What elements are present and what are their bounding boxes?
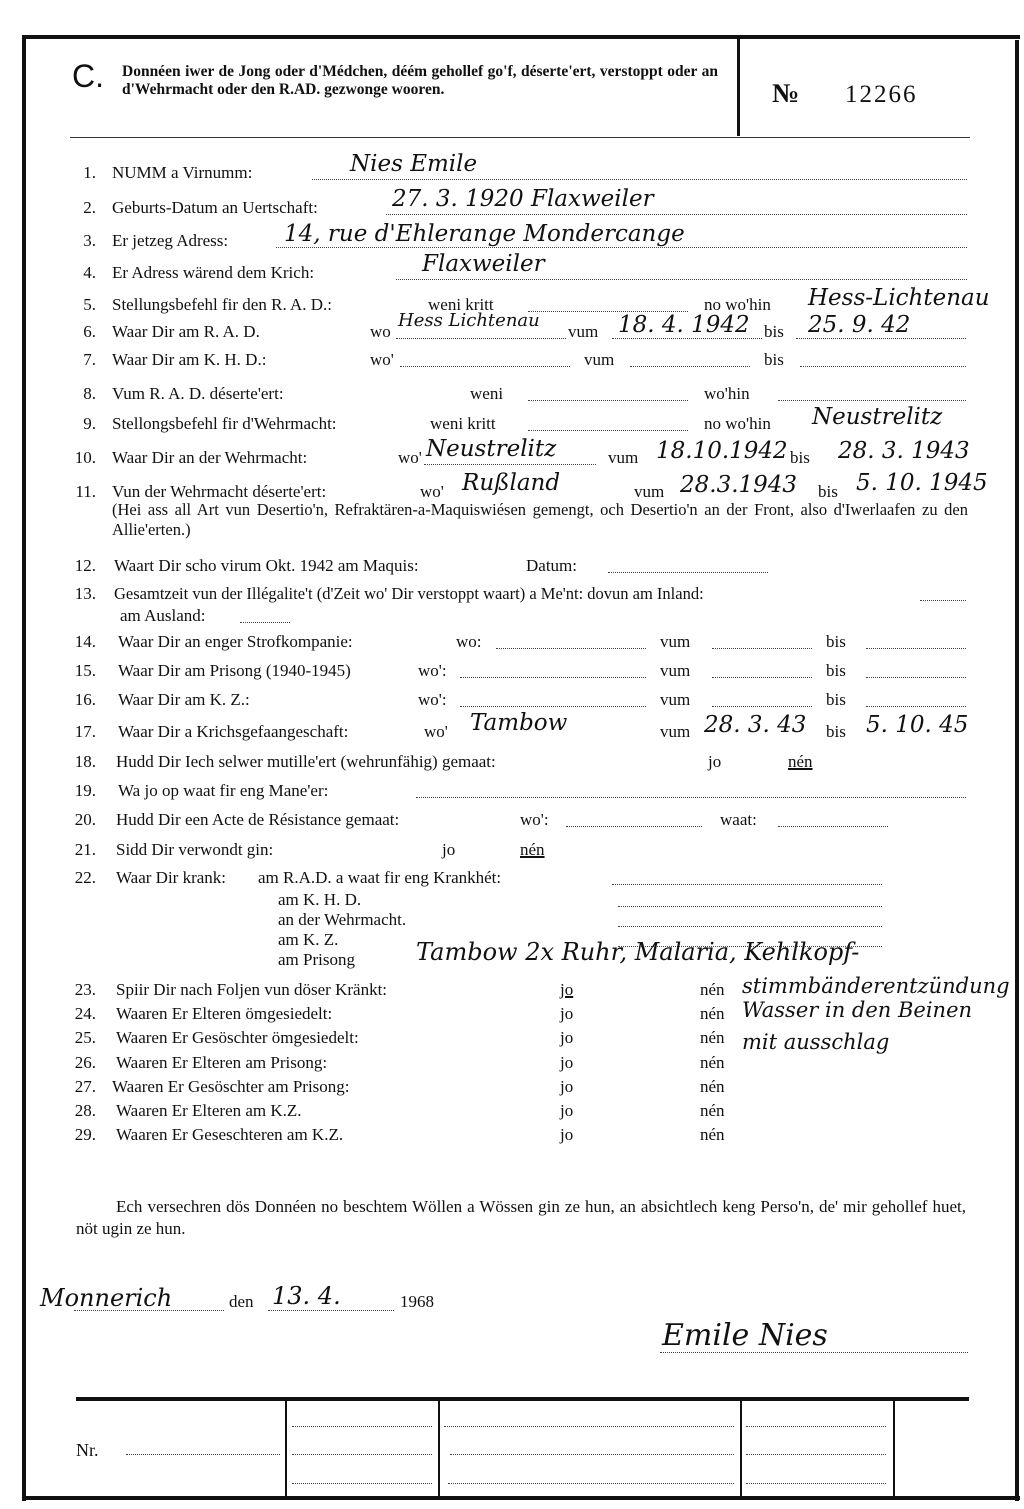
field-label: vum bbox=[584, 350, 614, 370]
item-label: Waaren Er Geseschteren am K.Z. bbox=[116, 1125, 343, 1145]
number-sign: № bbox=[772, 78, 799, 109]
header-divider bbox=[737, 38, 740, 136]
item-number: 3. bbox=[56, 231, 96, 251]
item-21: 21. Sidd Dir verwondt gin: jo nén bbox=[0, 840, 1024, 864]
field-label: no wo'hin bbox=[704, 414, 771, 434]
field-label: wo' bbox=[370, 350, 394, 370]
item-2: 2. Geburts-Datum an Uertschaft: 27. 3. 1… bbox=[0, 198, 1024, 222]
wehrmacht-order-date-field[interactable] bbox=[528, 414, 688, 431]
prison-to-field[interactable] bbox=[866, 661, 966, 678]
table-divider bbox=[438, 1400, 440, 1498]
item-25: 25. Waaren Er Gesöschter ömgesiedelt: jo… bbox=[0, 1028, 1024, 1052]
item-number: 26. bbox=[56, 1053, 96, 1073]
place-field[interactable] bbox=[74, 1294, 224, 1311]
field-label: an der Wehrmacht. bbox=[278, 910, 406, 930]
item-label: Waar Dir am Prisong (1940-1945) bbox=[118, 661, 351, 681]
option-no[interactable]: nén bbox=[700, 1004, 725, 1024]
option-yes-selected[interactable]: jo bbox=[560, 980, 573, 1000]
item-1: 1. NUMM a Virnumm: Nies Emile bbox=[0, 163, 1024, 187]
form-page: C. Donnéen iwer de Jong oder d'Médchen, … bbox=[0, 0, 1024, 1509]
form-number: 12266 bbox=[845, 81, 918, 109]
item-number: 13. bbox=[56, 584, 96, 604]
pow-to-value: 5. 10. 45 bbox=[866, 712, 968, 738]
item-13: 13. Gesamtzeit vun der Illégalite't (d'Z… bbox=[0, 584, 1024, 608]
item-label: Gesamtzeit vun der Illégalite't (d'Zeit … bbox=[114, 584, 704, 604]
item-label: Waar Dir an der Wehrmacht: bbox=[112, 448, 307, 468]
table-divider bbox=[285, 1400, 287, 1498]
sick-wehrmacht-field[interactable] bbox=[618, 910, 882, 927]
item-12: 12. Waart Dir scho virum Okt. 1942 am Ma… bbox=[0, 556, 1024, 580]
item-11-note: (Hei ass all Art vun Desertio'n, Refrakt… bbox=[112, 500, 968, 540]
item-label: NUMM a Virnumm: bbox=[112, 163, 252, 183]
field-label: weni bbox=[470, 384, 503, 404]
field-label: wo: bbox=[456, 632, 482, 652]
item-14: 14. Waar Dir an enger Strofkompanie: wo:… bbox=[0, 632, 1024, 656]
name-value: Nies Emile bbox=[350, 151, 477, 177]
field-label: vum bbox=[660, 690, 690, 710]
option-no[interactable]: nén bbox=[700, 1028, 725, 1048]
field-label: bis bbox=[826, 690, 846, 710]
resistance-where-field[interactable] bbox=[566, 810, 702, 827]
rad-from-value: 18. 4. 1942 bbox=[618, 312, 750, 338]
item-number: 29. bbox=[56, 1125, 96, 1145]
field-label: bis bbox=[826, 661, 846, 681]
frame-border-bottom bbox=[24, 1496, 1020, 1500]
field-label: wo': bbox=[418, 661, 447, 681]
prison-from-field[interactable] bbox=[712, 661, 812, 678]
signature-field[interactable] bbox=[660, 1336, 968, 1353]
sick-khd-field[interactable] bbox=[618, 890, 882, 907]
after-effects-value: stimmbänderentzündung bbox=[742, 974, 1010, 998]
item-label: Waart Dir scho virum Okt. 1942 am Maquis… bbox=[114, 556, 419, 576]
option-yes[interactable]: jo bbox=[560, 1101, 573, 1121]
office-table-rule bbox=[76, 1397, 969, 1401]
desertion-from-value: 28.3.1943 bbox=[680, 472, 797, 498]
field-label: bis bbox=[818, 482, 838, 502]
inland-duration-field[interactable] bbox=[920, 584, 966, 601]
war-address-value: Flaxweiler bbox=[422, 251, 545, 277]
penal-to-field[interactable] bbox=[866, 632, 966, 649]
option-yes[interactable]: jo bbox=[708, 752, 721, 772]
item-label: Waar Dir krank: bbox=[116, 868, 226, 888]
prison-where-field[interactable] bbox=[460, 661, 646, 678]
item-18: 18. Hudd Dir Iech selwer mutille'ert (we… bbox=[0, 752, 1024, 776]
item-label: Stellongsbefehl fir d'Wehrmacht: bbox=[112, 414, 337, 434]
item-number: 9. bbox=[56, 414, 96, 434]
desertion-to-value: 5. 10. 1945 bbox=[856, 470, 988, 496]
field-label: vum bbox=[634, 482, 664, 502]
item-number: 20. bbox=[56, 810, 96, 830]
item-label: Waaren Er Gesöschter am Prisong: bbox=[112, 1077, 350, 1097]
field-label: wo' bbox=[424, 722, 448, 742]
mutilation-manner-field[interactable] bbox=[416, 781, 966, 798]
resistance-what-field[interactable] bbox=[778, 810, 888, 827]
office-cell-2-3[interactable] bbox=[448, 1467, 734, 1484]
item-19: 19. Wa jo op waat fir eng Mane'er: bbox=[0, 781, 1024, 805]
field-label: vum bbox=[568, 322, 598, 342]
den-label: den bbox=[229, 1292, 254, 1312]
field-label: waat: bbox=[720, 810, 757, 830]
item-label: Er jetzeg Adress: bbox=[112, 231, 228, 251]
kz-where-field[interactable] bbox=[460, 690, 646, 707]
rad-desert-date-field[interactable] bbox=[528, 384, 688, 401]
office-cell-1-2[interactable] bbox=[292, 1438, 432, 1455]
kz-from-field[interactable] bbox=[712, 690, 812, 707]
item-label: Geburts-Datum an Uertschaft: bbox=[112, 198, 318, 218]
nr-label: Nr. bbox=[76, 1440, 99, 1461]
item-label: Waaren Er Gesöschter ömgesiedelt: bbox=[116, 1028, 359, 1048]
field-label: vum bbox=[660, 722, 690, 742]
item-number: 4. bbox=[56, 263, 96, 283]
item-22: 22. Waar Dir krank: am R.A.D. a waat fir… bbox=[0, 868, 1024, 892]
option-no[interactable]: nén bbox=[700, 1125, 725, 1145]
sick-prison-value: Tambow 2x Ruhr, Malaria, Kehlkopf- bbox=[416, 938, 859, 966]
abroad-duration-field[interactable] bbox=[240, 606, 290, 623]
item-label: Vun der Wehrmacht déserte'ert: bbox=[112, 482, 326, 502]
item-6: 6. Waar Dir am R. A. D. wo Hess Lichtena… bbox=[0, 322, 1024, 346]
item-20: 20. Hudd Dir een Acte de Résistance gema… bbox=[0, 810, 1024, 834]
item-number: 24. bbox=[56, 1004, 96, 1024]
nr-field[interactable] bbox=[126, 1438, 280, 1455]
option-yes[interactable]: jo bbox=[560, 1053, 573, 1073]
field-label: bis bbox=[826, 722, 846, 742]
item-22-sublabels: am K. H. D. an der Wehrmacht. am K. Z. a… bbox=[278, 890, 406, 970]
frame-border-top bbox=[24, 35, 1020, 39]
option-yes[interactable]: jo bbox=[560, 1028, 573, 1048]
item-15: 15. Waar Dir am Prisong (1940-1945) wo':… bbox=[0, 661, 1024, 685]
item-label: Waar Dir a Krichsgefaangeschaft: bbox=[118, 722, 348, 742]
field-label: wo bbox=[370, 322, 391, 342]
item-label: Vum R. A. D. déserte'ert: bbox=[112, 384, 284, 404]
office-cell-2-2[interactable] bbox=[450, 1438, 734, 1455]
office-cell-2-1[interactable] bbox=[444, 1410, 734, 1427]
address-value: 14, rue d'Ehlerange Mondercange bbox=[284, 221, 685, 247]
item-number: 6. bbox=[56, 322, 96, 342]
maquis-date-field[interactable] bbox=[608, 556, 768, 573]
option-no[interactable]: nén bbox=[700, 1101, 725, 1121]
item-number: 17. bbox=[56, 722, 96, 742]
rad-where-value: Hess Lichtenau bbox=[398, 310, 540, 331]
item-number: 2. bbox=[56, 198, 96, 218]
rad-to-value: 25. 9. 42 bbox=[808, 312, 910, 338]
office-cell-1-3[interactable] bbox=[292, 1467, 432, 1484]
item-28: 28. Waaren Er Elteren am K.Z. jo nén bbox=[0, 1101, 1024, 1125]
section-letter: C. bbox=[72, 58, 104, 95]
field-label: am K. H. D. bbox=[278, 890, 406, 910]
item-label: Wa jo op waat fir eng Mane'er: bbox=[118, 781, 328, 801]
option-yes[interactable]: jo bbox=[560, 1125, 573, 1145]
wehrmacht-where-value: Neustrelitz bbox=[426, 436, 556, 462]
option-no[interactable]: nén bbox=[700, 980, 725, 1000]
birth-value: 27. 3. 1920 Flaxweiler bbox=[392, 186, 654, 212]
option-yes[interactable]: jo bbox=[442, 840, 455, 860]
item-27: 27. Waaren Er Gesöschter am Prisong: jo … bbox=[0, 1077, 1024, 1101]
item-number: 21. bbox=[56, 840, 96, 860]
item-label: Hudd Dir een Acte de Résistance gemaat: bbox=[116, 810, 399, 830]
item-13-abroad: am Ausland: bbox=[0, 606, 1024, 630]
item-label: Er Adress wärend dem Krich: bbox=[112, 263, 314, 283]
field-label: weni kritt bbox=[430, 414, 496, 434]
field-label: wo'hin bbox=[704, 384, 750, 404]
item-9: 9. Stellongsbefehl fir d'Wehrmacht: weni… bbox=[0, 414, 1024, 438]
field-label: wo' bbox=[398, 448, 422, 468]
pow-from-value: 28. 3. 43 bbox=[704, 712, 806, 738]
sick-rad-field[interactable] bbox=[612, 868, 882, 885]
item-number: 28. bbox=[56, 1101, 96, 1121]
field-label: vum bbox=[608, 448, 638, 468]
header-rule bbox=[70, 137, 970, 138]
form-title: Donnéen iwer de Jong oder d'Médchen, déé… bbox=[122, 63, 718, 98]
option-yes[interactable]: jo bbox=[560, 1077, 573, 1097]
office-cell-3-1[interactable] bbox=[746, 1410, 886, 1427]
item-label: Spiir Dir nach Foljen vun döser Kränkt: bbox=[116, 980, 387, 1000]
rad-destination-value: Hess-Lichtenau bbox=[808, 285, 990, 311]
item-4: 4. Er Adress wärend dem Krich: Flaxweile… bbox=[0, 263, 1024, 287]
table-divider bbox=[893, 1400, 895, 1498]
item-label: Waar Dir am R. A. D. bbox=[112, 322, 260, 342]
item-label: Waaren Er Elteren ömgesiedelt: bbox=[116, 1004, 332, 1024]
after-effects-value-3: mit ausschlag bbox=[742, 1030, 889, 1054]
year-label: 1968 bbox=[400, 1292, 434, 1312]
field-label: am Prisong bbox=[278, 950, 406, 970]
wehrmacht-from-value: 18.10.1942 bbox=[656, 438, 788, 464]
item-number: 23. bbox=[56, 980, 96, 1000]
option-no[interactable]: nén bbox=[700, 1053, 725, 1073]
field-label: wo': bbox=[418, 690, 447, 710]
option-no-selected[interactable]: nén bbox=[520, 840, 545, 860]
pow-where-value: Tambow bbox=[470, 710, 567, 736]
item-number: 10. bbox=[56, 448, 96, 468]
item-number: 7. bbox=[56, 350, 96, 370]
penal-where-field[interactable] bbox=[496, 632, 646, 649]
field-label: bis bbox=[764, 322, 784, 342]
rad-order-date-field[interactable] bbox=[528, 295, 688, 312]
khd-where-field[interactable] bbox=[400, 350, 570, 367]
field-label: vum bbox=[660, 632, 690, 652]
field-label: vum bbox=[660, 661, 690, 681]
item-label: Waar Dir am K. H. D.: bbox=[112, 350, 266, 370]
office-cell-3-2[interactable] bbox=[746, 1438, 886, 1455]
penal-from-field[interactable] bbox=[712, 632, 812, 649]
field-label: am K. Z. bbox=[278, 930, 406, 950]
item-number: 19. bbox=[56, 781, 96, 801]
desertion-where-value: Rußland bbox=[462, 470, 560, 496]
item-number: 15. bbox=[56, 661, 96, 681]
item-number: 14. bbox=[56, 632, 96, 652]
wehrmacht-to-value: 28. 3. 1943 bbox=[838, 438, 970, 464]
item-number: 5. bbox=[56, 295, 96, 315]
item-7: 7. Waar Dir am K. H. D.: wo' vum bis bbox=[0, 350, 1024, 374]
field-label: bis bbox=[790, 448, 810, 468]
field-label: am Ausland: bbox=[120, 606, 205, 626]
wehrmacht-destination-value: Neustrelitz bbox=[812, 404, 942, 430]
item-26: 26. Waaren Er Elteren am Prisong: jo nén bbox=[0, 1053, 1024, 1077]
after-effects-value-2: Wasser in den Beinen bbox=[742, 998, 972, 1022]
office-cell-3-3[interactable] bbox=[746, 1467, 886, 1484]
option-yes[interactable]: jo bbox=[560, 1004, 573, 1024]
field-label: bis bbox=[764, 350, 784, 370]
office-cell-1-1[interactable] bbox=[292, 1410, 432, 1427]
item-number: 22. bbox=[56, 868, 96, 888]
field-label: wo' bbox=[420, 482, 444, 502]
kz-to-field[interactable] bbox=[866, 690, 966, 707]
item-10: 10. Waar Dir an der Wehrmacht: wo' Neust… bbox=[0, 448, 1024, 472]
item-number: 1. bbox=[56, 163, 96, 183]
item-label: Waaren Er Elteren am K.Z. bbox=[116, 1101, 302, 1121]
item-label: Waaren Er Elteren am Prisong: bbox=[116, 1053, 327, 1073]
item-number: 18. bbox=[56, 752, 96, 772]
declaration-text: Ech versechren dös Donnéen no beschtem W… bbox=[76, 1196, 966, 1240]
field-label: am R.A.D. a waat fir eng Krankhét: bbox=[258, 868, 501, 888]
field-label: Datum: bbox=[526, 556, 577, 576]
item-29: 29. Waaren Er Geseschteren am K.Z. jo né… bbox=[0, 1125, 1024, 1149]
item-number: 11. bbox=[56, 482, 96, 502]
field-label: bis bbox=[826, 632, 846, 652]
item-number: 27. bbox=[56, 1077, 96, 1097]
item-24: 24. Waaren Er Elteren ömgesiedelt: jo né… bbox=[0, 1004, 1024, 1028]
item-label: Waar Dir an enger Strofkompanie: bbox=[118, 632, 353, 652]
item-label: Hudd Dir Iech selwer mutille'ert (wehrun… bbox=[116, 752, 496, 772]
date-value: 13. 4. bbox=[272, 1282, 341, 1310]
item-label: Waar Dir am K. Z.: bbox=[118, 690, 250, 710]
khd-to-field[interactable] bbox=[800, 350, 966, 367]
item-number: 25. bbox=[56, 1028, 96, 1048]
table-divider bbox=[740, 1400, 742, 1498]
item-number: 8. bbox=[56, 384, 96, 404]
option-no[interactable]: nén bbox=[700, 1077, 725, 1097]
item-number: 16. bbox=[56, 690, 96, 710]
field-label: wo': bbox=[520, 810, 549, 830]
khd-from-field[interactable] bbox=[630, 350, 750, 367]
item-label: Stellungsbefehl fir den R. A. D.: bbox=[112, 295, 332, 315]
item-number: 12. bbox=[56, 556, 96, 576]
item-label: Sidd Dir verwondt gin: bbox=[116, 840, 273, 860]
rad-desert-dest-field[interactable] bbox=[778, 384, 966, 401]
item-17: 17. Waar Dir a Krichsgefaangeschaft: wo'… bbox=[0, 722, 1024, 746]
option-no-selected[interactable]: nén bbox=[788, 752, 813, 772]
